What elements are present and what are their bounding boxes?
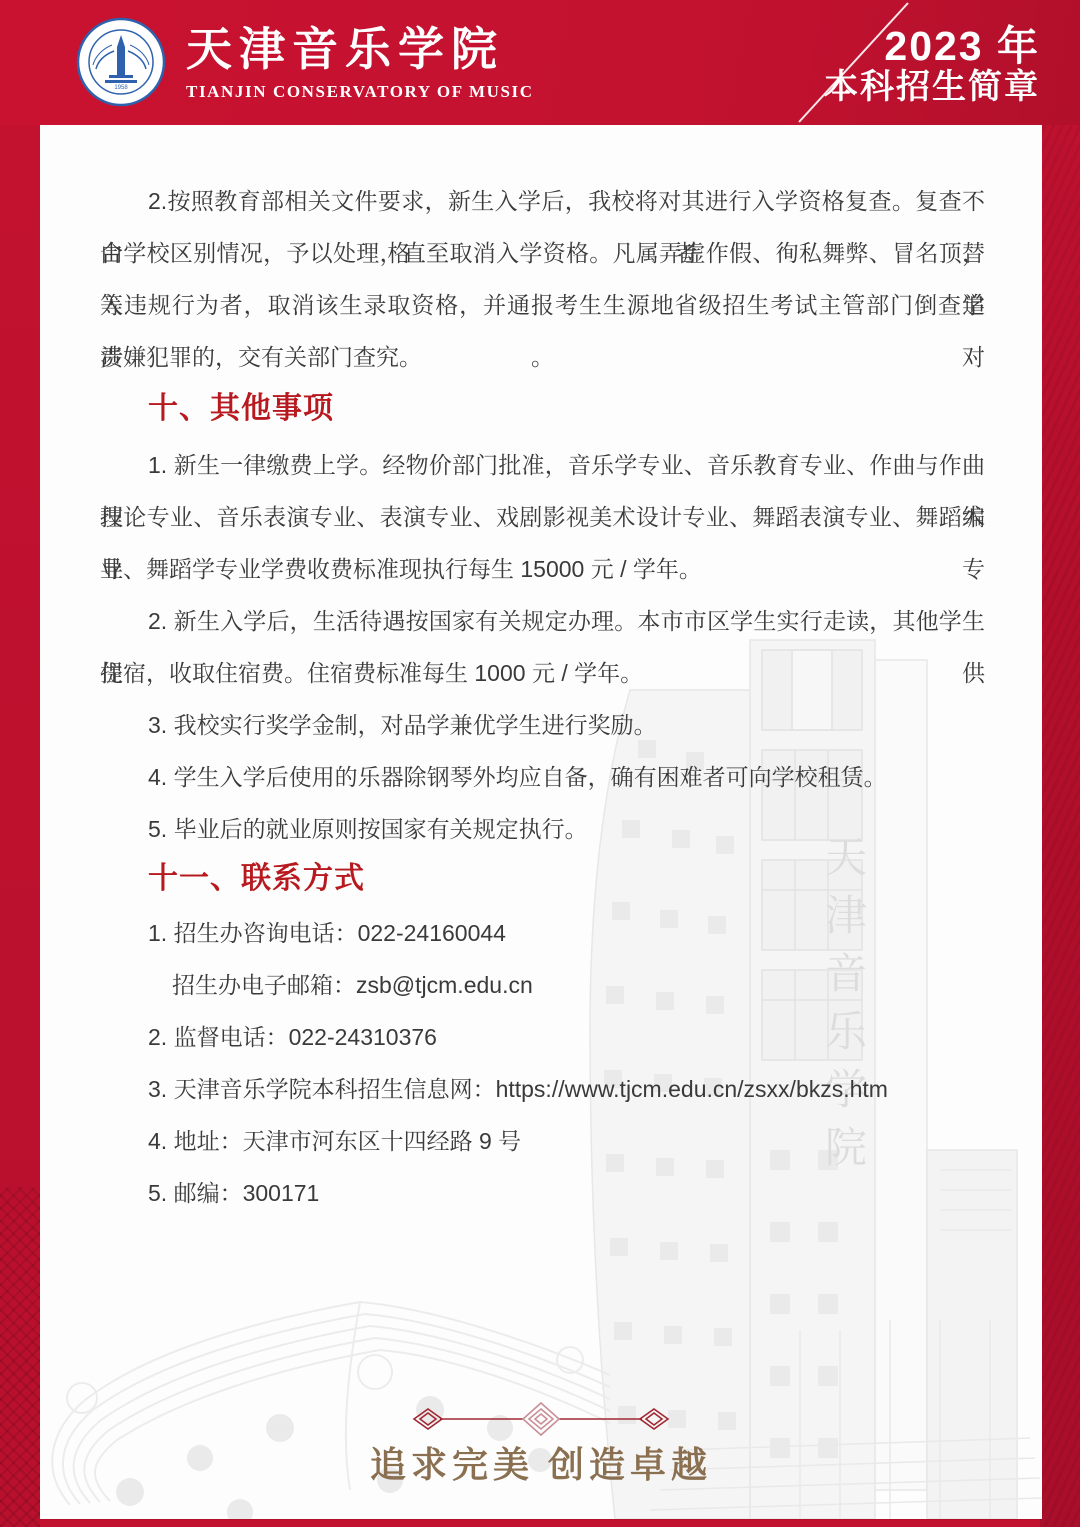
banner-title-block: 2023 年 本科招生简章 — [824, 24, 1040, 106]
other-paragraph-2: 2. 新生入学后，生活待遇按国家有关规定办理。本市市区学生实行走读，其他学生提供… — [100, 595, 985, 699]
intro-paragraph: 2.按照教育部相关文件要求，新生入学后，我校将对其进行入学资格复查。复查不合格者… — [100, 175, 985, 383]
paragraph-line: 2.按照教育部相关文件要求，新生入学后，我校将对其进行入学资格复查。复查不合格者… — [100, 175, 985, 227]
section-heading-contact: 十一、联系方式 — [100, 857, 985, 901]
corner-lattice-texture — [0, 1187, 40, 1527]
paragraph-line: 2. 新生入学后，生活待遇按国家有关规定办理。本市市区学生实行走读，其他学生提供 — [100, 595, 985, 647]
contact-website-line: 3. 天津音乐学院本科招生信息网：https://www.tjcm.edu.cn… — [100, 1063, 985, 1115]
section-heading-other: 十、其他事项 — [100, 387, 985, 431]
right-red-band — [1040, 0, 1080, 1527]
page-header: 1958 天津音乐学院 TIANJIN CONSERVATORY OF MUSI… — [0, 0, 1080, 125]
paragraph-line: 等违规行为者，取消该生录取资格，并通报考生生源地省级招生考试主管部门倒查追责。对 — [100, 279, 985, 331]
contact-supervision-line: 2. 监督电话：022-24310376 — [100, 1011, 985, 1063]
paragraph-line: 由学校区别情况，予以处理，直至取消入学资格。凡属弄虚作假、徇私舞弊、冒名顶替入学 — [100, 227, 985, 279]
contact-address-line: 4. 地址：天津市河东区十四经路 9 号 — [100, 1115, 985, 1167]
other-paragraph-5: 5. 毕业后的就业原则按国家有关规定执行。 — [100, 803, 985, 855]
banner-title: 本科招生简章 — [824, 68, 1040, 106]
contact-phone-line: 1. 招生办咨询电话：022-24160044 — [100, 907, 985, 959]
other-paragraph-3: 3. 我校实行奖学金制，对品学兼优学生进行奖励。 — [100, 699, 985, 751]
contact-email-line: 招生办电子邮箱：zsb@tjcm.edu.cn — [100, 959, 985, 1011]
divider-ornament-icon — [406, 1401, 676, 1437]
document-content: 2.按照教育部相关文件要求，新生入学后，我校将对其进行入学资格复查。复查不合格者… — [40, 125, 1042, 1219]
other-paragraph-4: 4. 学生入学后使用的乐器除钢琴外均应自备，确有困难者可向学校租赁。 — [100, 751, 985, 803]
document-card: 天津音乐学院 2.按照教育部相关文件要求，新生入学后，我校将对其进行入学资格复查 — [40, 125, 1042, 1519]
footer-motto: 追求完美 创造卓越 — [40, 1437, 1042, 1488]
paragraph-line: 1. 新生一律缴费上学。经物价部门批准，音乐学专业、音乐教育专业、作曲与作曲技术 — [100, 439, 985, 491]
banner-year: 2023 年 — [824, 24, 1040, 68]
paragraph-line: 理论专业、音乐表演专业、表演专业、戏剧影视美术设计专业、舞蹈表演专业、舞蹈编导专 — [100, 491, 985, 543]
other-paragraph-1: 1. 新生一律缴费上学。经物价部门批准，音乐学专业、音乐教育专业、作曲与作曲技术… — [100, 439, 985, 595]
contact-postcode-line: 5. 邮编：300171 — [100, 1167, 985, 1219]
